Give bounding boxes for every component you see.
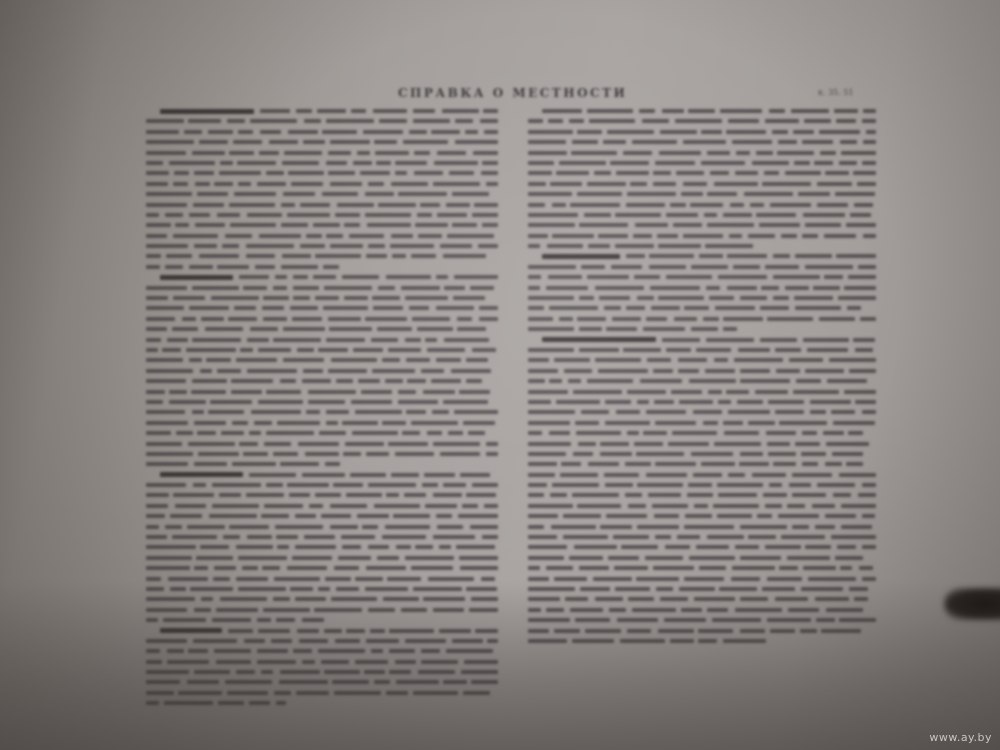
section-heading <box>160 109 254 114</box>
page-title: СПРАВКА О МЕСТНОСТИ <box>398 86 627 100</box>
section <box>146 470 498 626</box>
section <box>146 272 498 469</box>
section-heading <box>160 628 222 633</box>
section <box>528 335 876 647</box>
section-heading <box>160 275 233 280</box>
section <box>146 106 498 272</box>
page-reference: к. 35. 51 <box>818 88 854 97</box>
watermark: www.ay.by <box>929 731 992 744</box>
document-page: СПРАВКА О МЕСТНОСТИ к. 35. 51 <box>0 0 1000 750</box>
section-heading <box>542 254 620 259</box>
section-heading <box>160 472 243 477</box>
section-heading <box>542 337 656 342</box>
right-column <box>528 106 876 646</box>
section <box>528 106 876 251</box>
section <box>528 251 876 334</box>
left-column <box>146 106 498 709</box>
section <box>146 626 498 709</box>
pen-tip-object <box>944 588 1000 620</box>
